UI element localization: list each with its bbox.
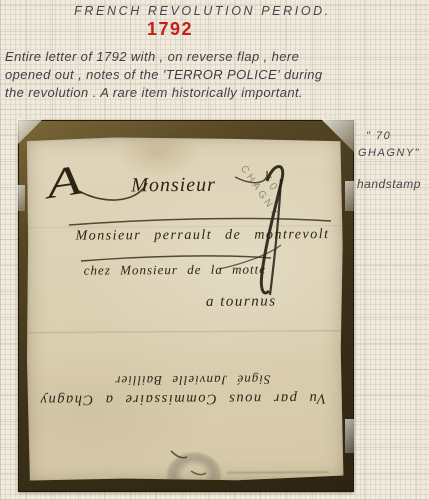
salutation-word: Monsieur <box>131 174 216 198</box>
side-note-handstamp-label: handstamp <box>357 177 421 191</box>
reverse-flap-note: Vu par nous Commissaire a Chagny <box>32 389 332 408</box>
year-label: 1792 <box>0 19 340 40</box>
album-page: FRENCH REVOLUTION PERIOD. 1792 Entire le… <box>0 0 429 500</box>
postal-handstamp: 70 CHAGNY <box>230 146 301 231</box>
address-line: chez Monsieur de la motte <box>84 262 266 279</box>
reverse-flap-note: Signé Janvielle Baillier <box>66 371 318 389</box>
page-title: FRENCH REVOLUTION PERIOD. <box>0 4 405 18</box>
address-line: Monsieur perrault de montrevolt <box>76 227 330 245</box>
description-line: the revolution . A rare item historicall… <box>5 85 303 100</box>
letter-photo: 70 CHAGNY A Monsieur Monsieur perrault d… <box>25 135 345 483</box>
side-note-handstamp-town: GHAGNY" <box>358 147 420 159</box>
description-line: opened out , notes of the 'TERROR POLICE… <box>5 67 323 82</box>
description-line: Entire letter of 1792 with , on reverse … <box>5 49 299 64</box>
faint-pencil-note <box>223 482 311 485</box>
wax-seal-remnant <box>157 444 231 500</box>
salutation-flourish: A <box>43 156 84 209</box>
photo-corner-mount <box>345 419 354 453</box>
address-line: a tournus <box>206 293 277 310</box>
photo-corner-mount <box>17 185 25 211</box>
photo-mat: 70 CHAGNY A Monsieur Monsieur perrault d… <box>18 120 354 492</box>
side-note-handstamp-number: " 70 <box>366 130 391 142</box>
faint-pencil-note <box>227 471 329 474</box>
fold-crease <box>28 330 342 334</box>
photo-corner-mount <box>345 181 354 211</box>
